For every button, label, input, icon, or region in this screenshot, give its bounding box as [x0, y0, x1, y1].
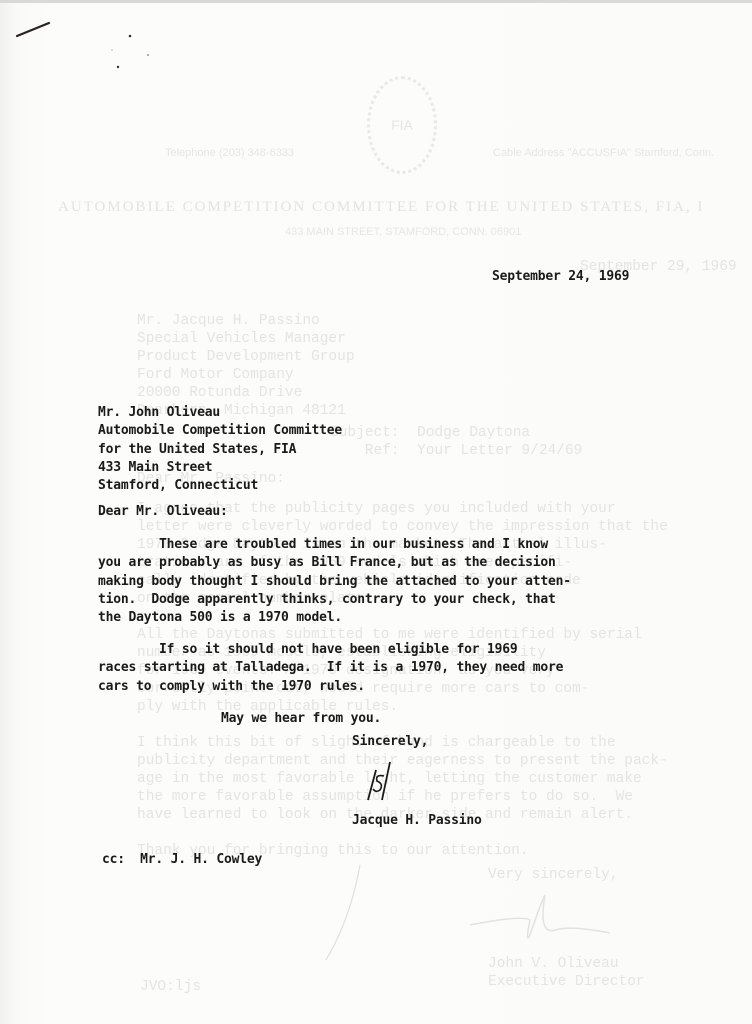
recipient-line: Stamford, Connecticut	[98, 477, 342, 495]
ghost-signature	[460, 885, 620, 955]
ghost-body-line: publicity department and their eagerness…	[137, 752, 668, 770]
salutation: Dear Mr. Oliveau:	[98, 503, 228, 521]
scan-edge	[0, 0, 752, 3]
ghost-ref: Ref: Your Letter 9/24/69	[330, 442, 582, 460]
ghost-closing: Very sincerely,	[488, 866, 619, 884]
pen-stroke-mark	[14, 20, 54, 42]
pencil-stroke	[320, 860, 370, 970]
ghost-body-line: the more favorable assumption if he pref…	[137, 788, 668, 806]
closing: Sincerely,	[352, 733, 428, 751]
recipient-line: Mr. John Oliveau	[98, 404, 342, 422]
ghost-cable-address: Cable Address "ACCUSFIA" Stamford, Conn.	[493, 147, 714, 159]
ghost-signer: John V. Oliveau	[488, 955, 619, 973]
ghost-org-address: 433 MAIN STREET, STAMFORD, CONN. 06901	[285, 226, 521, 238]
paragraph-2: If so it should not have been eligible f…	[98, 641, 563, 696]
ghost-telephone: Telephone (203) 348-6333	[165, 147, 294, 159]
recipient-line: Automobile Competition Committee	[98, 422, 342, 440]
signature-mark-s-icon	[362, 760, 396, 804]
letter-date: September 24, 1969	[492, 268, 629, 286]
signer-name: Jacque H. Passino	[352, 812, 482, 830]
ghost-subject: Subject: Dodge Daytona	[330, 424, 530, 442]
recipient-line: 433 Main Street	[98, 459, 342, 477]
ghost-signer-title: Executive Director	[488, 973, 645, 991]
fia-seal-ghost: FIA	[367, 76, 437, 174]
recipient-line: for the United States, FIA	[98, 441, 342, 459]
ghost-initials: JVO:ljs	[140, 978, 201, 996]
recipient-address-block: Mr. John OliveauAutomobile Competition C…	[98, 404, 342, 495]
paragraph-1: These are troubled times in our business…	[98, 536, 571, 627]
specks	[110, 30, 160, 70]
cc-line: cc: Mr. J. H. Cowley	[102, 851, 262, 869]
ghost-org-name: AUTOMOBILE COMPETITION COMMITTEE FOR THE…	[58, 199, 704, 216]
scanned-page: FIA Telephone (203) 348-6333 Cable Addre…	[0, 0, 752, 1024]
ghost-body-line: age in the most favorable light, letting…	[137, 770, 668, 788]
paragraph-3: May we hear from you.	[160, 710, 381, 728]
